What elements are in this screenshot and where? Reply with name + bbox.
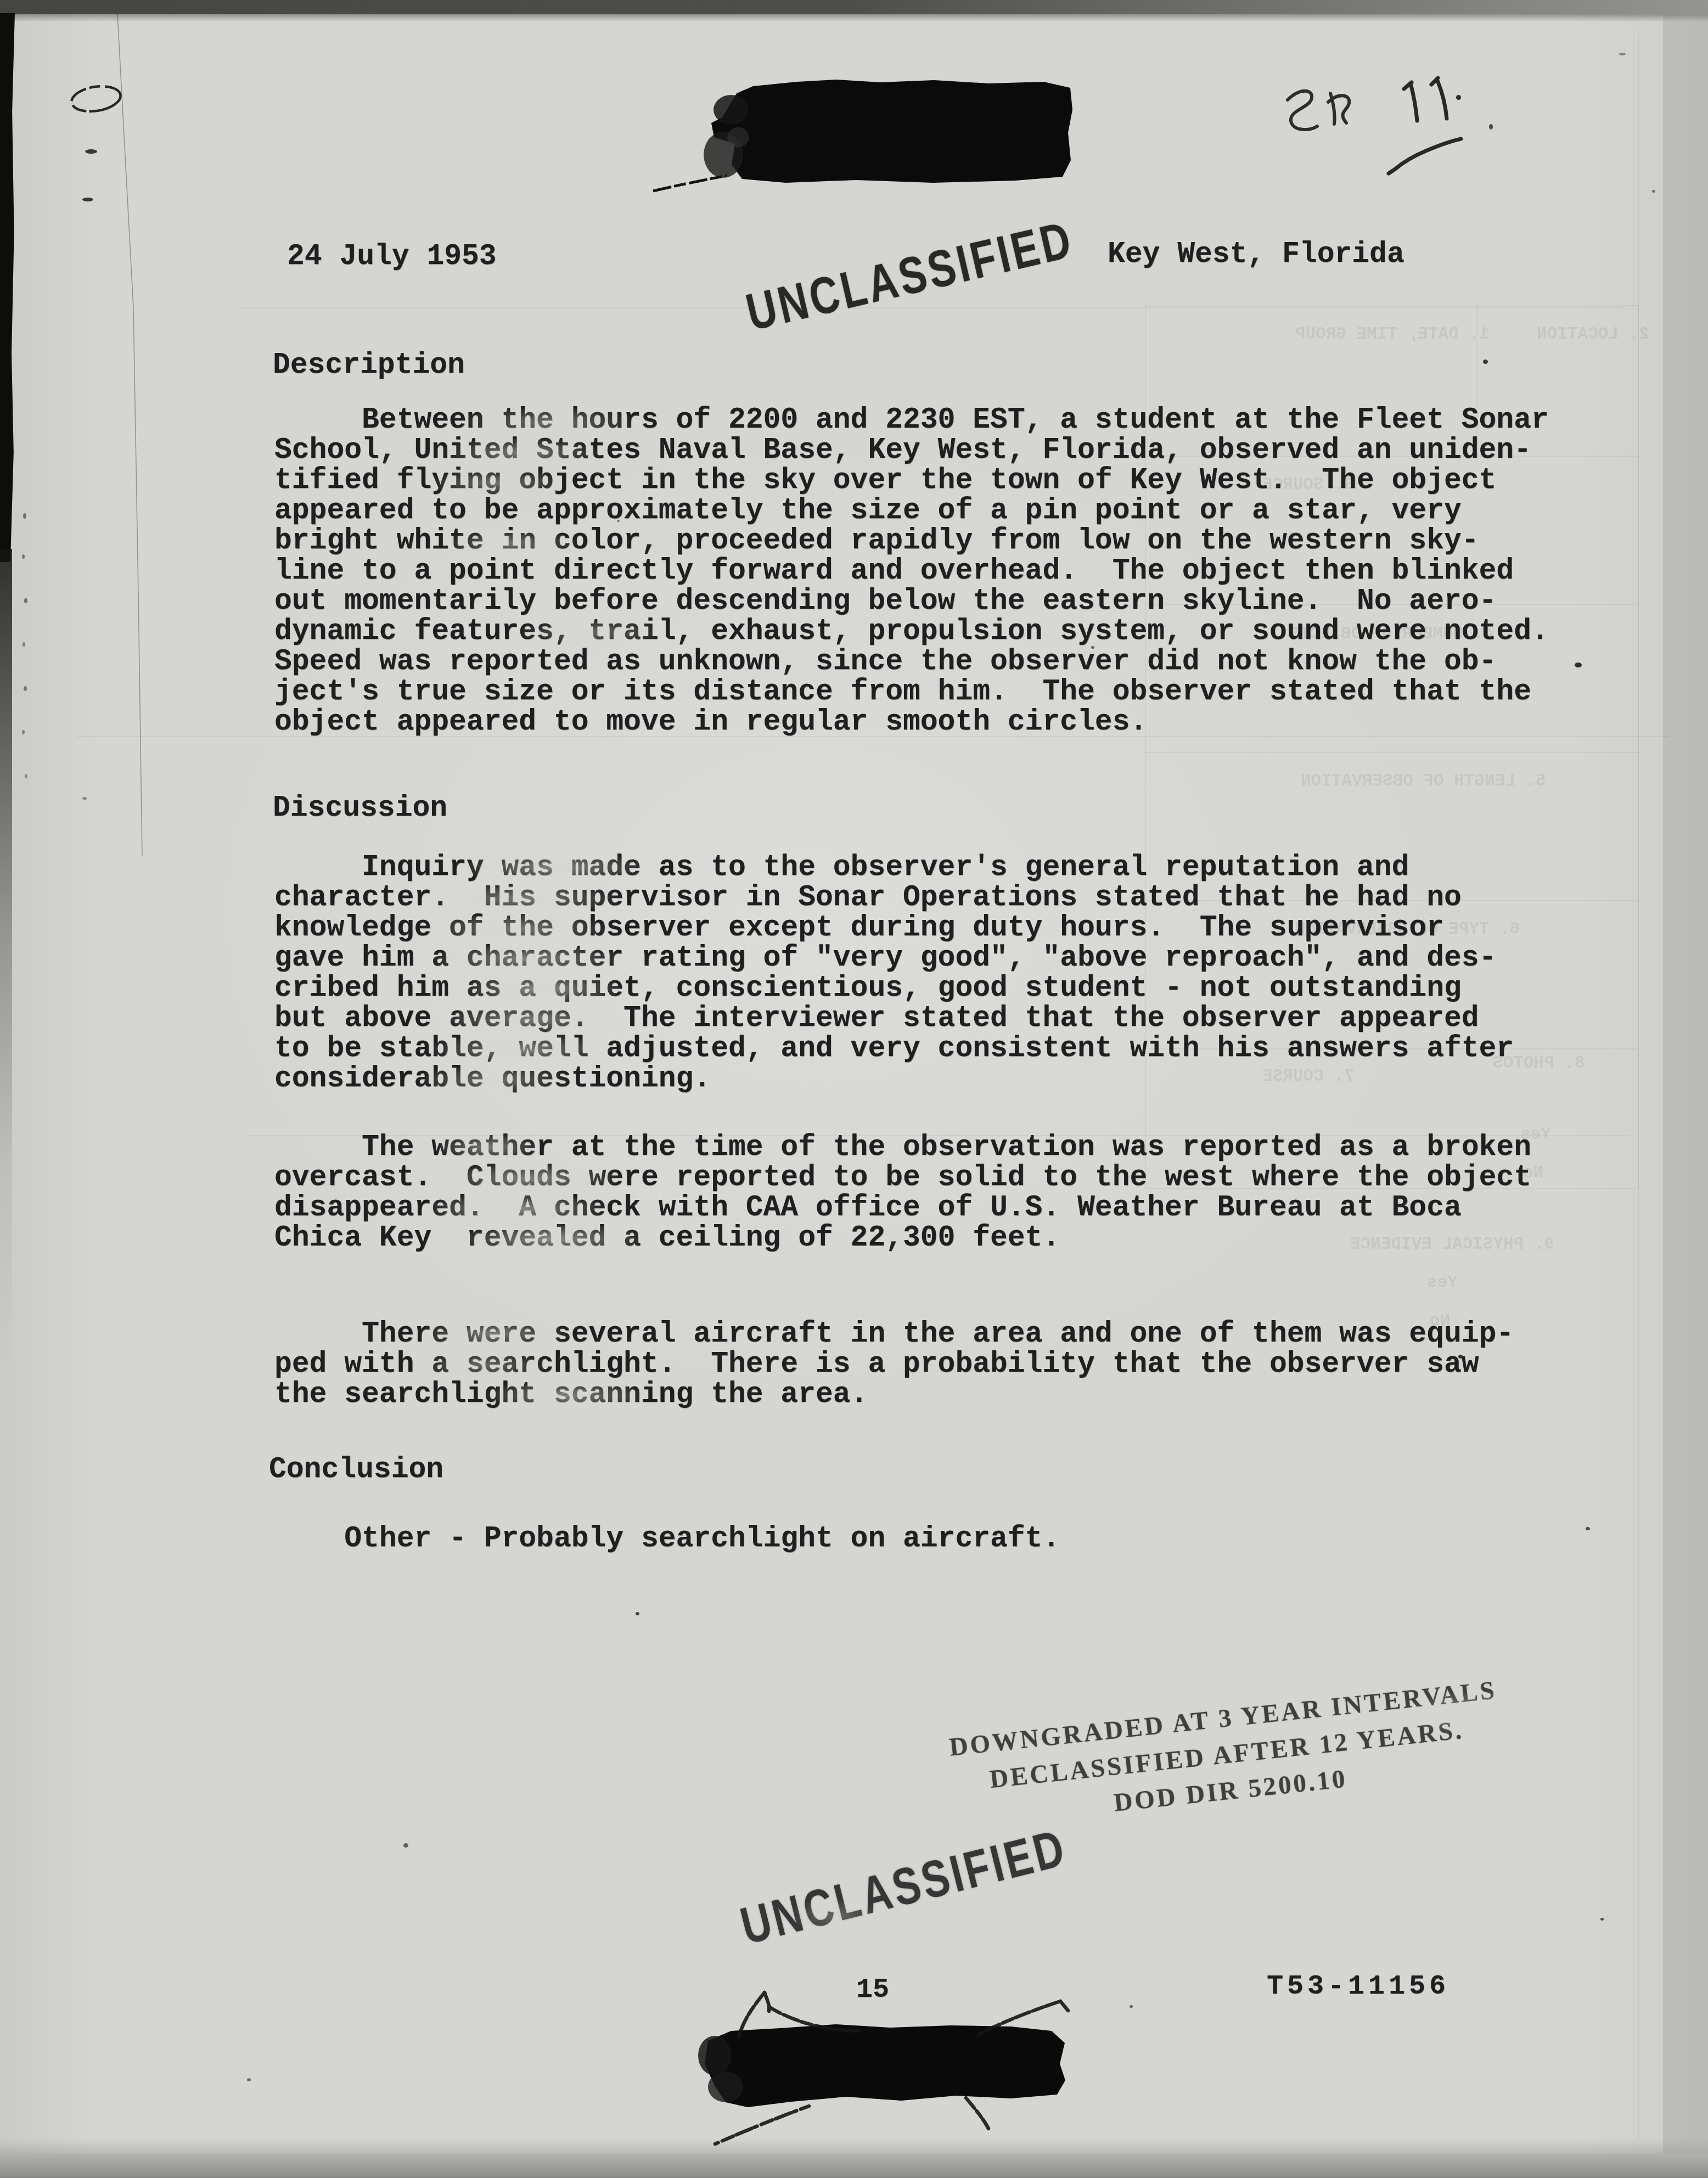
dust-speck bbox=[1483, 360, 1488, 364]
dust-speck bbox=[636, 1612, 639, 1615]
dust-speck bbox=[1489, 124, 1493, 130]
dust-speck bbox=[22, 730, 25, 734]
dust-speck bbox=[617, 520, 620, 522]
film-scratch-line bbox=[117, 14, 142, 856]
dust-speck bbox=[1575, 663, 1582, 667]
redaction-block-bottom bbox=[698, 2024, 1065, 2107]
dust-speck bbox=[1456, 95, 1461, 100]
dust-speck bbox=[1091, 646, 1094, 649]
dust-speck bbox=[403, 1843, 408, 1848]
dust-speck bbox=[247, 2078, 251, 2081]
dust-speck bbox=[22, 554, 25, 559]
dust-speck bbox=[23, 642, 25, 647]
dust-speck bbox=[23, 513, 26, 519]
ink-marks-layer bbox=[0, 0, 1708, 2178]
dust-speck bbox=[24, 598, 27, 603]
handwritten-note-sr bbox=[1288, 91, 1349, 130]
dust-speck bbox=[82, 797, 87, 800]
dust-speck bbox=[1619, 53, 1626, 55]
dust-speck bbox=[1652, 190, 1655, 193]
scanned-document-page: 1. DATE, TIME GROUP2. LOCATION3. SOURCE4… bbox=[0, 0, 1708, 2178]
dust-speck bbox=[1600, 1918, 1604, 1921]
pen-circle-mark bbox=[70, 83, 122, 115]
handwritten-note-11 bbox=[1389, 78, 1461, 173]
dust-speck bbox=[85, 149, 97, 154]
redaction-block-top bbox=[653, 80, 1072, 191]
dust-speck bbox=[1458, 1355, 1463, 1359]
dust-speck bbox=[1130, 2005, 1133, 2008]
dust-speck bbox=[25, 774, 27, 778]
dust-speck bbox=[1586, 1527, 1590, 1530]
dust-speck bbox=[82, 198, 93, 201]
dust-speck bbox=[24, 686, 27, 691]
